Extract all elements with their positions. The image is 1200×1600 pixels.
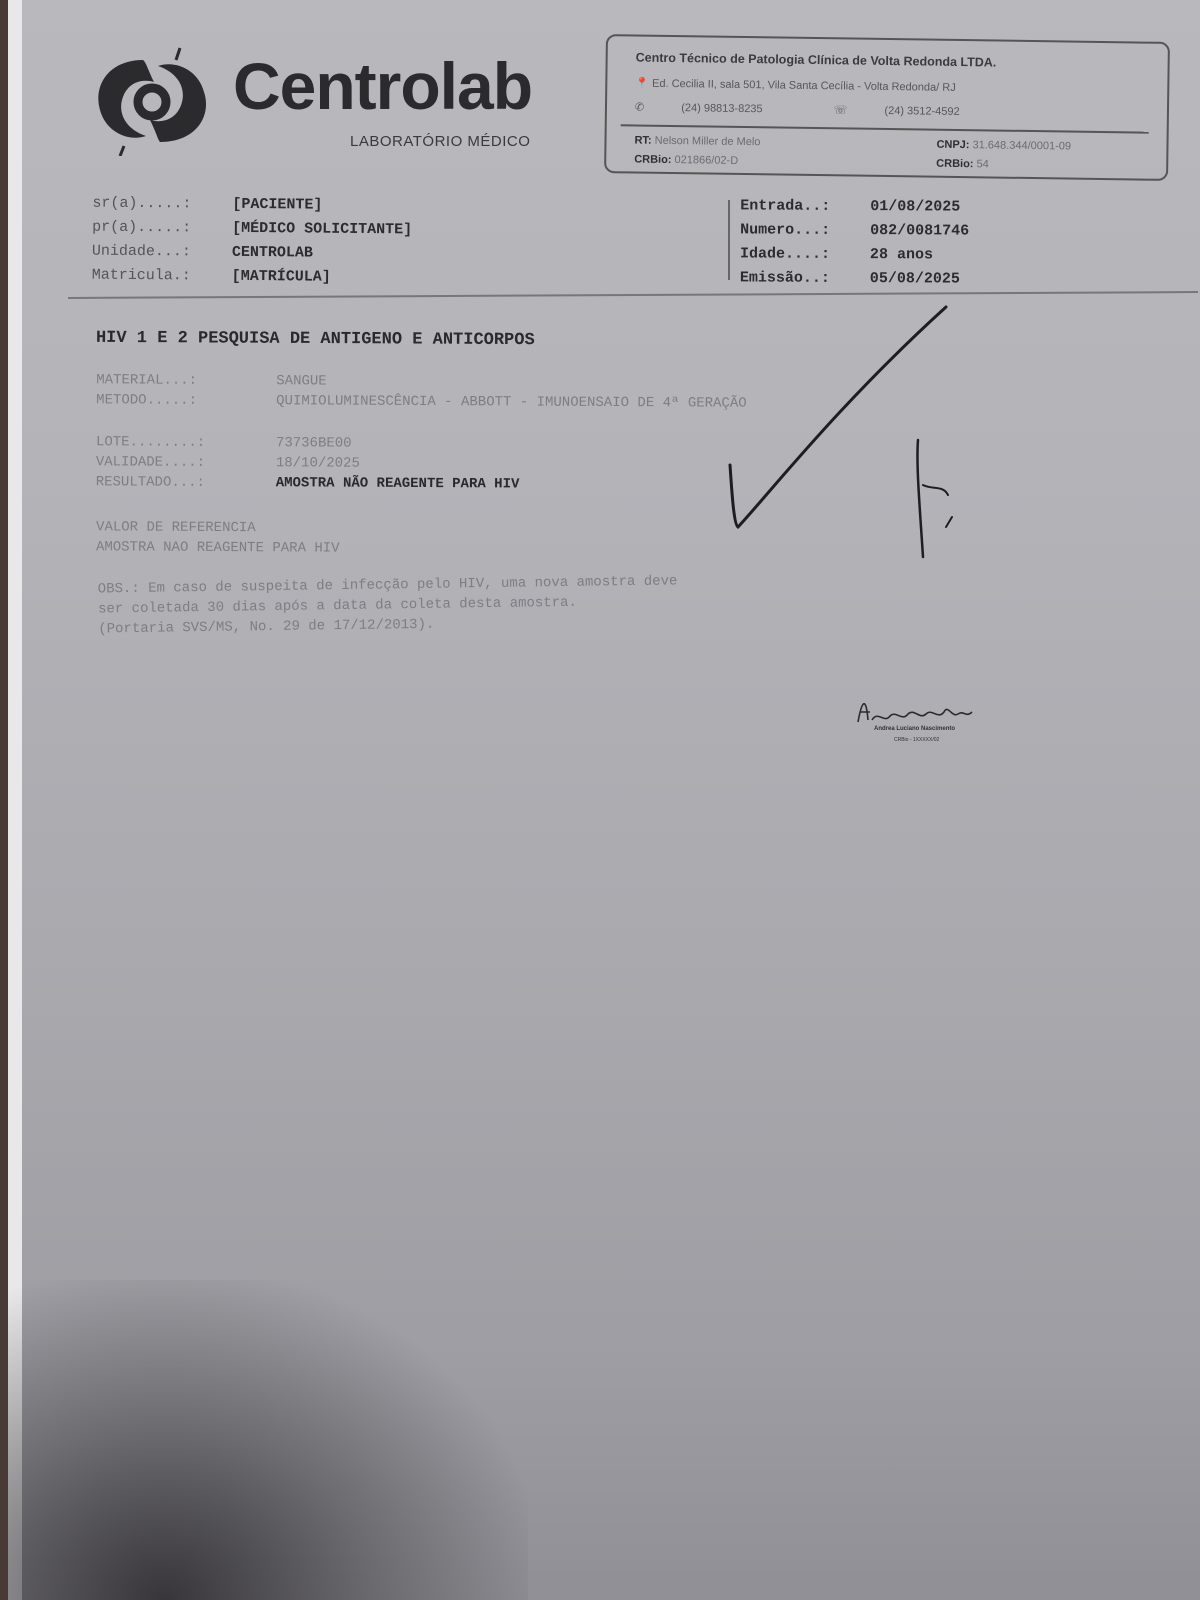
brand-name: Centrolab [233, 48, 532, 124]
date-row: Entrada..:01/08/2025 [740, 197, 969, 222]
lab-box-divider [621, 124, 1149, 133]
signature-registration: CRBio - 1XXXXX/02 [894, 737, 939, 743]
interlocking-arcs-logo-icon [88, 46, 218, 156]
date-row: Numero...:082/0081746 [740, 221, 969, 246]
date-row: Idade....:28 anos [740, 245, 969, 270]
whatsapp-icon: ✆ [635, 101, 647, 113]
patient-row: sr(a).....:[PACIENTE] [92, 195, 412, 222]
patient-row: pr(a).....:[MÉDICO SOLICITANTE] [92, 219, 412, 246]
lab-info-box: Centro Técnico de Patologia Clínica de V… [604, 34, 1170, 181]
lab-report-page: Centrolab LABORATÓRIO MÉDICO Centro Técn… [8, 0, 1200, 1600]
handwritten-checkmark-icon [708, 295, 988, 575]
lab-address: 📍 Ed. Cecilia II, sala 501, Vila Santa C… [635, 76, 956, 93]
phone-whatsapp: ✆ (24) 98813-8235 [635, 101, 797, 115]
phone-icon: ☏ [834, 104, 851, 116]
lab-cnpj: CNPJ: 31.648.344/0001-09 [936, 139, 1071, 153]
exam-dates-block: Entrada..:01/08/2025 Numero...:082/00817… [740, 197, 970, 294]
test-fields: MATERIAL...:SANGUE METODO.....:QUIMIOLUM… [96, 372, 747, 497]
lab-legal-name: Centro Técnico de Patologia Clínica de V… [636, 50, 997, 69]
header-vertical-divider [728, 200, 730, 280]
lab-crbio: CRBio: 021866/02-D [634, 153, 738, 166]
brand-subtitle: LABORATÓRIO MÉDICO [350, 133, 530, 150]
lab-rt: RT: Nelson Miller de Melo [634, 134, 760, 148]
date-row: Emissão..:05/08/2025 [740, 269, 969, 294]
phone-landline: ☏ (24) 3512-4592 [834, 104, 994, 118]
test-title: HIV 1 E 2 PESQUISA DE ANTIGENO E ANTICOR… [96, 329, 535, 350]
patient-block: sr(a).....:[PACIENTE] pr(a).....:[MÉDICO… [92, 195, 413, 294]
reference-block: VALOR DE REFERENCIA AMOSTRA NAO REAGENTE… [96, 519, 340, 560]
patient-row: Matricula.:[MATRÍCULA] [92, 267, 412, 294]
signature-name: Andrea Luciano Nascimento [874, 726, 955, 732]
reference-title: VALOR DE REFERENCIA [96, 519, 340, 540]
lab-crbio-company: CRBio: 54 [936, 158, 989, 171]
lab-phones: ✆ (24) 98813-8235 ☏ (24) 3512-4592 [635, 100, 1028, 118]
reference-value: AMOSTRA NAO REAGENTE PARA HIV [96, 539, 340, 560]
centrolab-logo: Centrolab LABORATÓRIO MÉDICO [88, 38, 578, 158]
patient-row: Unidade...:CENTROLAB [92, 243, 412, 270]
map-pin-icon: 📍 [635, 77, 649, 89]
field-resultado: RESULTADO...:AMOSTRA NÃO REAGENTE PARA H… [96, 474, 747, 497]
paper-edge [8, 0, 22, 1600]
result-value: AMOSTRA NÃO REAGENTE PARA HIV [276, 475, 520, 492]
header-rule [68, 291, 1198, 299]
observation-note: OBS.: Em caso de suspeita de infecção pe… [98, 569, 879, 640]
